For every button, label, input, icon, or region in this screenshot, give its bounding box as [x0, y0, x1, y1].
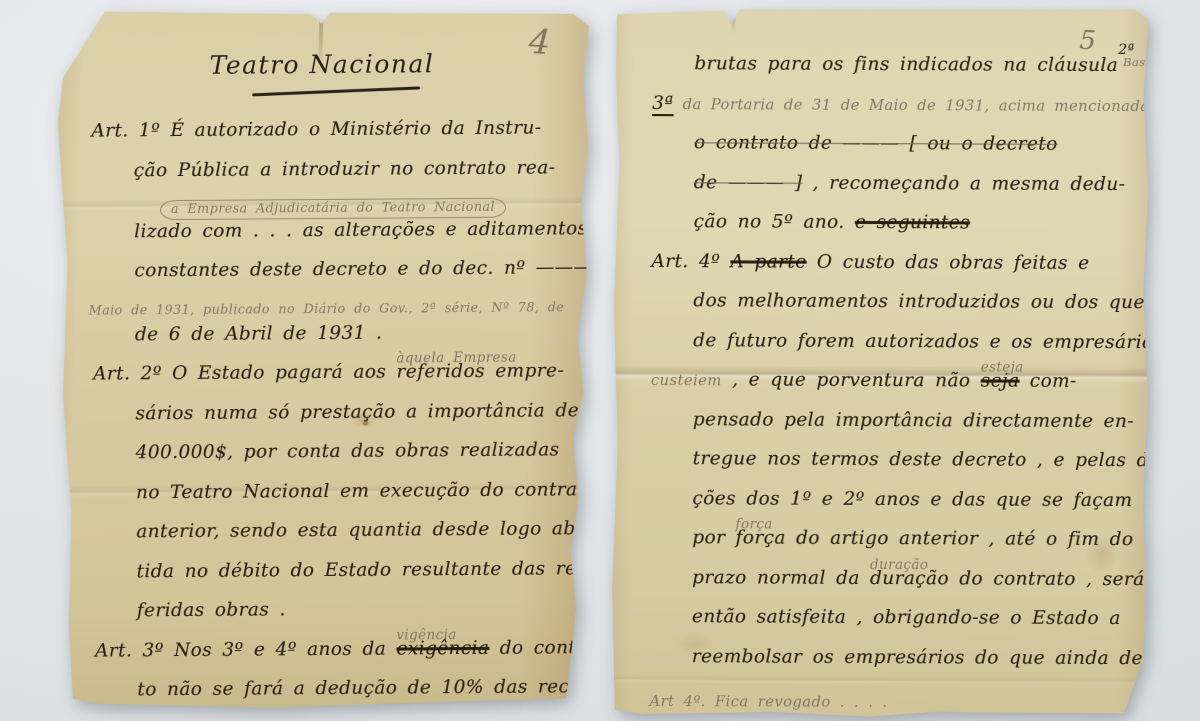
ink-text: reembolsar os empresários do que ainda d…: [692, 646, 1153, 669]
ink-text: força do artigo anterior , até o fim do: [736, 527, 1134, 550]
ink-text: 3ª: [652, 92, 673, 113]
ink-text: dos melhoramentos introduzidos ou dos qu…: [693, 290, 1145, 313]
paper-tear: [731, 6, 735, 34]
pencil-annotation: a Empresa Adjudicatária do Teatro Nacion…: [160, 198, 506, 220]
ink-text: sários numa só prestação a importância d…: [135, 400, 579, 424]
handwriting-line: constantes deste decreto e do dec. nº ——…: [134, 259, 580, 281]
handwriting-line: 400.000$, por conta das obras realizadas: [136, 441, 582, 463]
document-title: Teatro Nacional: [209, 49, 434, 80]
ink-text: O custo das obras feitas e: [806, 251, 1089, 273]
handwriting-line: feridas obras .: [137, 599, 583, 621]
handwriting-line: ção no 5º ano. e seguintes: [694, 213, 1138, 233]
title-underline-stroke: [252, 86, 420, 96]
ink-text: pensado pela importância directamente en…: [693, 409, 1134, 432]
handwriting-line: custeiem , e que porventura não estejase…: [651, 371, 1137, 392]
ink-text: feridas obras .: [137, 599, 286, 621]
handwriting-line: então satisfeita , obrigando-se o Estado…: [692, 608, 1136, 628]
handwriting-line: dos melhoramentos introduzidos ou dos qu…: [693, 292, 1137, 312]
handwriting-line: to não se fará a dedução de 10% das rece…: [137, 678, 583, 700]
pencil-annotation: Art 4º. Fica revogado . . . .: [649, 693, 887, 711]
paper-sheet-right: 5 brutas para os fins indicados na cláus…: [609, 6, 1152, 719]
ink-text: Art. 1º É autorizado o Ministério da Ins…: [91, 117, 541, 141]
handwriting-line: no Teatro Nacional em execução do contra…: [136, 481, 582, 503]
ink-text: de 6 de Abril de 1931 .: [135, 322, 383, 345]
ink-text: ção Pública a introduzir no contrato rea…: [134, 157, 556, 181]
paper-sheet-left: 4 Teatro Nacional Art. 1º É autorizado o…: [51, 8, 598, 709]
handwriting-line: brutas para os fins indicados na cláusul…: [694, 55, 1138, 75]
ink-text: anterior, sendo esta quantia desde logo …: [136, 518, 594, 542]
handwriting-line: de 6 de Abril de 1931 .: [135, 323, 581, 345]
ink-text: , recomeçando a mesma dedu-: [802, 172, 1125, 194]
handwriting-line: Art. 3º Nos 3º e 4º anos da vigênciaexig…: [95, 639, 583, 661]
handwriting-line: Art. 4º A parte O custo das obras feitas…: [651, 252, 1137, 273]
struck-text: A parte: [730, 251, 806, 272]
manuscript-page-left: 4 Teatro Nacional Art. 1º É autorizado o…: [51, 8, 598, 709]
handwriting-line: ção Pública a introduzir no contrato rea…: [134, 159, 580, 181]
struck-text: de ——— ]: [694, 172, 803, 193]
handwriting-line: a Empresa Adjudicatária do Teatro Nacion…: [160, 198, 580, 217]
handwriting-line: tida no débito do Estado resultante das …: [136, 560, 582, 582]
handwriting-line: Art 4º. Fica revogado . . . .: [649, 692, 1135, 713]
ink-text: no Teatro Nacional em execução do contra…: [136, 479, 597, 503]
handwriting-line: Maio de 1931, publicado no Diário do Gov…: [89, 299, 581, 318]
handwriting-line: reembolsar os empresários do que ainda d…: [692, 648, 1136, 668]
document-title-row: Teatro Nacional: [51, 48, 593, 81]
ink-text: ções dos 1º e 2º anos e das que se façam: [692, 488, 1132, 511]
ink-text: , e que porventura não: [722, 369, 981, 391]
handwriting-line: 3ª da Portaria de 31 de Maio de 1931, ac…: [652, 94, 1138, 115]
handwriting-line: sários numa só prestação a importância d…: [135, 402, 581, 424]
handwriting-line: tregue nos termos deste decreto , e pela…: [693, 450, 1137, 470]
handwriting-line: o contrato de ——— [ ou o decreto: [694, 134, 1138, 154]
handwriting-line: de ——— ] , recomeçando a mesma dedu-: [694, 174, 1138, 194]
pencil-annotation: Maio de 1931, publicado no Diário do Gov…: [89, 300, 565, 318]
ink-text: Art. 3º Nos 3º e 4º anos da: [95, 638, 397, 661]
handwriting-line: lizado com . . . as alterações e aditame…: [134, 220, 580, 242]
handwriting-line: pensado pela importância directamente en…: [693, 411, 1137, 431]
ink-text: então satisfeita , obrigando-se o Estado…: [692, 606, 1121, 629]
struck-text: o contrato de ——— [ ou o decreto: [694, 132, 1058, 155]
ink-text: com-: [1019, 371, 1076, 392]
handwriting-line: prazo normal da duraçãoduração do contra…: [692, 569, 1136, 589]
ink-text: tregue nos termos deste decreto , e pela…: [693, 448, 1153, 471]
struck-text: e seguintes: [855, 212, 970, 234]
ink-text: brutas para os fins indicados na cláusul…: [694, 53, 1118, 76]
ink-text: 400.000$, por conta das obras realizadas: [136, 439, 560, 463]
handwriting-line: Art. 2º O Estado pagará aos àquela Empre…: [93, 362, 581, 384]
ink-text: Art. 2º O Estado pagará aos: [93, 361, 397, 384]
ink-text: do contra-: [489, 637, 597, 659]
pencil-annotation: da Portaria de 31 de Maio de 1931, acima…: [673, 96, 1152, 115]
ink-text: ção no 5º ano.: [694, 211, 855, 233]
ink-text: constantes deste decreto e do dec. nº ——…: [134, 257, 597, 281]
handwriting-line: anterior, sendo esta quantia desde logo …: [136, 520, 582, 542]
ink-text: Art. 4º: [651, 250, 730, 271]
ink-text: lizado com . . . as alterações e aditame…: [134, 218, 587, 242]
ink-text: prazo normal da: [692, 567, 870, 589]
ink-text: tida no débito do Estado resultante das …: [136, 558, 583, 582]
handwriting-block-left: Art. 1º É autorizado o Ministério da Ins…: [87, 98, 583, 700]
manuscript-page-right: 5 brutas para os fins indicados na cláus…: [609, 6, 1152, 719]
pencil-annotation: custeiem: [651, 372, 722, 389]
handwriting-line: Art. 1º É autorizado o Ministério da Ins…: [91, 119, 579, 141]
ink-text: to não se fará a dedução de 10% das rece…: [137, 676, 597, 700]
ink-text: de futuro forem autorizados e os empresá…: [693, 330, 1152, 353]
handwriting-line: por forçaforça do artigo anterior , até …: [692, 529, 1136, 549]
ink-text: por: [692, 527, 735, 548]
handwriting-line: de futuro forem autorizados e os empresá…: [693, 332, 1137, 352]
handwriting-block-right: brutas para os fins indicados na cláusul…: [645, 34, 1138, 713]
handwriting-line: ções dos 1º e 2º anos e das que se façam: [692, 490, 1136, 510]
